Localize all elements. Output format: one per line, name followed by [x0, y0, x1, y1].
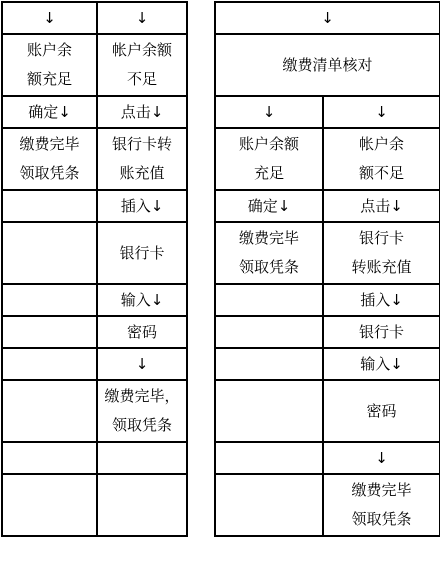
arrow-down-icon: ↓ — [375, 98, 388, 127]
cell-text: 点击↓ — [360, 192, 403, 221]
cell — [2, 222, 97, 284]
arrow-down-icon: ↓ — [136, 350, 149, 379]
cell — [215, 316, 323, 348]
cell: 账户余 额充足 — [2, 34, 97, 96]
table-row — [2, 474, 187, 536]
cell — [215, 380, 323, 442]
cell — [97, 442, 187, 474]
arrow-down-icon: ↓ — [263, 98, 276, 127]
cell-text: 账户余额 充足 — [239, 130, 299, 188]
table-row: 密码 — [215, 380, 440, 442]
cell: ↓ — [215, 96, 323, 128]
cell: 帐户余 额不足 — [323, 128, 440, 190]
cell-text: 插入↓ — [360, 286, 403, 315]
left-flow-table: ↓ ↓ 账户余 额充足 帐户余额 不足 确定↓ 点击↓ 缴费完毕 领取凭条 银行… — [1, 1, 188, 537]
cell — [97, 474, 187, 536]
cell: 银行卡 转账充值 — [323, 222, 440, 284]
table-row: 缴费完毕， 领取凭条 — [2, 380, 187, 442]
cell: 密码 — [323, 380, 440, 442]
cell-text: 插入↓ — [121, 192, 164, 221]
cell-text: 缴费完毕， 领取凭条 — [104, 382, 179, 440]
cell — [215, 348, 323, 380]
cell-text: 银行卡 — [359, 318, 404, 347]
cell-text: 点击↓ — [121, 98, 164, 127]
cell-text: 帐户余额 不足 — [112, 36, 172, 94]
cell: 插入↓ — [323, 284, 440, 316]
arrow-down-icon: ↓ — [375, 444, 388, 473]
cell: 缴费完毕 领取凭条 — [215, 222, 323, 284]
cell: ↓ — [2, 2, 97, 34]
cell: 密码 — [97, 316, 187, 348]
cell-text: 缴费完毕 领取凭条 — [352, 476, 412, 534]
table-row: 账户余 额充足 帐户余额 不足 — [2, 34, 187, 96]
table-row: 银行卡 — [2, 222, 187, 284]
table-row: 密码 — [2, 316, 187, 348]
arrow-down-icon: ↓ — [43, 4, 56, 33]
table-row: ↓ ↓ — [215, 96, 440, 128]
arrow-down-icon: ↓ — [136, 4, 149, 33]
cell — [2, 190, 97, 222]
cell: 确定↓ — [215, 190, 323, 222]
cell: 缴费完毕， 领取凭条 — [97, 380, 187, 442]
table-row: 缴费完毕 领取凭条 — [215, 474, 440, 536]
cell: 缴费完毕 领取凭条 — [2, 128, 97, 190]
cell — [215, 442, 323, 474]
table-row: 插入↓ — [215, 284, 440, 316]
table-row: 银行卡 — [215, 316, 440, 348]
cell-text: 银行卡 — [119, 239, 164, 268]
cell: ↓ — [215, 2, 440, 34]
cell-text: 缴费完毕 领取凭条 — [239, 224, 299, 282]
cell — [2, 442, 97, 474]
cell: 输入↓ — [323, 348, 440, 380]
bill-check-heading: 缴费清单核对 — [283, 51, 373, 80]
cell-text: 确定↓ — [248, 192, 291, 221]
cell — [2, 348, 97, 380]
table-row: ↓ — [2, 348, 187, 380]
table-row: 确定↓ 点击↓ — [2, 96, 187, 128]
cell-text: 密码 — [367, 397, 397, 426]
table-row: 插入↓ — [2, 190, 187, 222]
cell: 点击↓ — [323, 190, 440, 222]
cell: 输入↓ — [97, 284, 187, 316]
header-cell: 缴费清单核对 — [215, 34, 440, 96]
cell: 点击↓ — [97, 96, 187, 128]
cell-text: 银行卡转 账充值 — [112, 130, 172, 188]
table-row: 缴费完毕 领取凭条 银行卡转 账充值 — [2, 128, 187, 190]
cell: 银行卡转 账充值 — [97, 128, 187, 190]
cell: 确定↓ — [2, 96, 97, 128]
cell-text: 银行卡 转账充值 — [352, 224, 412, 282]
table-row: 缴费清单核对 — [215, 34, 440, 96]
cell-text: 输入↓ — [121, 286, 164, 315]
cell-text: 密码 — [127, 318, 157, 347]
cell: 银行卡 — [97, 222, 187, 284]
cell: ↓ — [323, 96, 440, 128]
cell: 账户余额 充足 — [215, 128, 323, 190]
cell — [215, 284, 323, 316]
cell — [215, 474, 323, 536]
table-row: 输入↓ — [2, 284, 187, 316]
table-row — [2, 442, 187, 474]
cell-text: 输入↓ — [360, 350, 403, 379]
table-row: ↓ — [215, 2, 440, 34]
right-flow-table: ↓ 缴费清单核对 ↓ ↓ 账户余额 充足 帐户余 额不足 确定↓ 点击↓ 缴费完… — [214, 1, 440, 537]
table-row: 缴费完毕 领取凭条 银行卡 转账充值 — [215, 222, 440, 284]
cell — [2, 380, 97, 442]
arrow-down-icon: ↓ — [321, 4, 334, 33]
cell — [2, 316, 97, 348]
cell: 帐户余额 不足 — [97, 34, 187, 96]
table-row: ↓ — [215, 442, 440, 474]
table-row: 确定↓ 点击↓ — [215, 190, 440, 222]
table-row: ↓ ↓ — [2, 2, 187, 34]
table-row: 输入↓ — [215, 348, 440, 380]
cell — [2, 284, 97, 316]
cell-text: 帐户余 额不足 — [359, 130, 404, 188]
cell: 插入↓ — [97, 190, 187, 222]
cell-text: 确定↓ — [28, 98, 71, 127]
cell: 银行卡 — [323, 316, 440, 348]
cell-text: 账户余 额充足 — [27, 36, 72, 94]
cell: ↓ — [97, 348, 187, 380]
cell: ↓ — [97, 2, 187, 34]
cell-text: 缴费完毕 领取凭条 — [19, 130, 79, 188]
cell: 缴费完毕 领取凭条 — [323, 474, 440, 536]
table-row: 账户余额 充足 帐户余 额不足 — [215, 128, 440, 190]
cell: ↓ — [323, 442, 440, 474]
cell — [2, 474, 97, 536]
